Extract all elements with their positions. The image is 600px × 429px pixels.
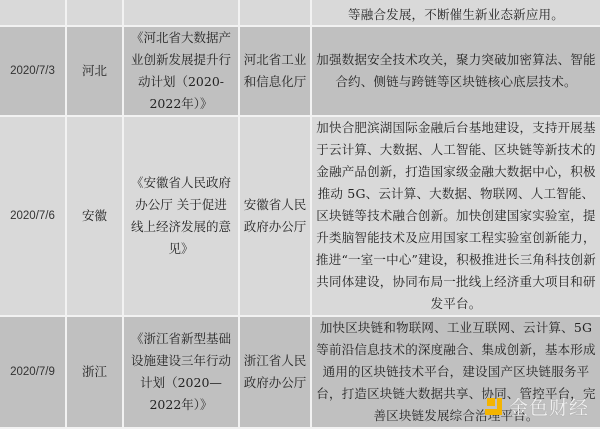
date-cell: 2020/7/9 [0,317,65,423]
content-cell: 加快合肥滨湖国际金融后台基地建设，支持开展基于云计算、大数据、人工智能、区块链等… [312,117,600,315]
department-name: 安徽省人民政府办公厅 [242,194,308,238]
document-cell: 《安徽省人民政府办公厅 关于促进线上经济发展的意见》 [124,117,238,315]
department-name: 浙江省人民政府办公厅 [242,350,308,394]
province-cell: 浙江 [67,317,122,423]
province-cell: 安徽 [67,117,122,315]
province-cell: 河北 [67,27,122,115]
document-cell: 《河北省大数据产业创新发展提升行动计划（2020-2022年）》 [124,27,238,115]
date-cell [0,0,65,25]
document-title: 《浙江省新型基础设施建设三年行动计划（2020—2022年）》 [130,328,232,416]
department-cell [240,0,310,25]
document-title: 《河北省大数据产业创新发展提升行动计划（2020-2022年）》 [130,27,232,115]
document-title: 《安徽省人民政府办公厅 关于促进线上经济发展的意见》 [130,172,232,260]
policy-table: 等融合发展，不断催生新业态新应用。 2020/7/3 河北 《河北省大数据产业创… [0,0,600,423]
table-row: 2020/7/9 浙江 《浙江省新型基础设施建设三年行动计划（2020—2022… [0,317,600,423]
content-text: 加快合肥滨湖国际金融后台基地建设，支持开展基于云计算、大数据、人工智能、区块链等… [316,117,596,315]
department-cell: 安徽省人民政府办公厅 [240,117,310,315]
date-cell: 2020/7/3 [0,27,65,115]
department-cell: 浙江省人民政府办公厅 [240,317,310,423]
department-cell: 河北省工业和信息化厅 [240,27,310,115]
content-text: 加快区块链和物联网、工业互联网、云计算、5G等前沿信息技术的深度融合、集成创新，… [316,317,596,423]
table-row: 2020/7/3 河北 《河北省大数据产业创新发展提升行动计划（2020-202… [0,27,600,115]
content-cell: 等融合发展，不断催生新业态新应用。 [312,0,600,25]
table-row: 2020/7/6 安徽 《安徽省人民政府办公厅 关于促进线上经济发展的意见》 安… [0,117,600,315]
province-cell [67,0,122,25]
date-cell: 2020/7/6 [0,117,65,315]
document-cell: 《浙江省新型基础设施建设三年行动计划（2020—2022年）》 [124,317,238,423]
department-name: 河北省工业和信息化厅 [242,49,308,93]
content-text: 加强数据安全技术攻关，聚力突破加密算法、智能合约、侧链与跨链等区块链核心底层技术… [316,49,596,93]
content-cell: 加强数据安全技术攻关，聚力突破加密算法、智能合约、侧链与跨链等区块链核心底层技术… [312,27,600,115]
document-cell [124,0,238,25]
content-cell: 加快区块链和物联网、工业互联网、云计算、5G等前沿信息技术的深度融合、集成创新，… [312,317,600,423]
table-row: 等融合发展，不断催生新业态新应用。 [0,0,600,25]
